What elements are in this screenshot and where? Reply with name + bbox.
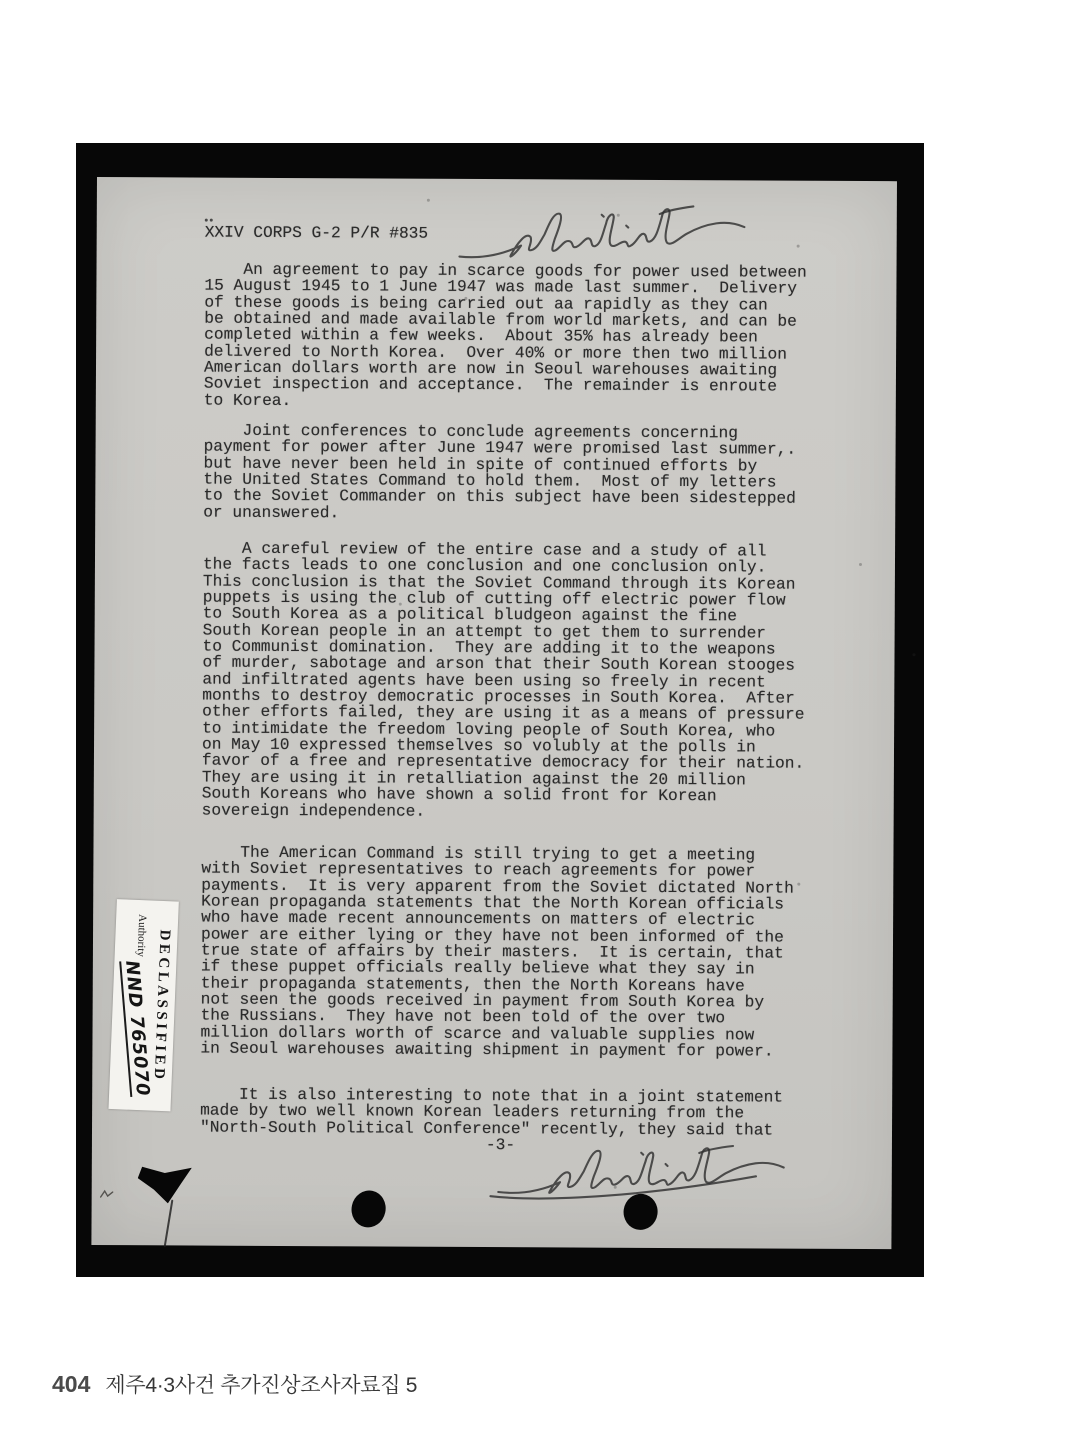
scan-speck	[310, 335, 313, 338]
scan-speck	[797, 883, 800, 886]
punch-hole-right	[621, 1192, 660, 1233]
paragraph: An agreement to pay in scarce goods for …	[204, 262, 807, 412]
book-footer: 404 제주4·3사건 추가진상조사자료집 5	[52, 1369, 417, 1399]
page-root: XXIV CORPS G-2 P/R #835 An agreement to …	[0, 0, 1080, 1439]
document-reference: XXIV CORPS G-2 P/R #835	[205, 225, 429, 243]
document-scan: XXIV CORPS G-2 P/R #835 An agreement to …	[76, 143, 924, 1277]
paragraph: It is also interesting to note that in a…	[200, 1087, 783, 1139]
scan-speck	[399, 603, 402, 606]
paragraph: Joint conferences to conclude agreements…	[203, 423, 796, 524]
pencil-mark	[100, 1189, 116, 1199]
scan-speck	[617, 214, 620, 217]
scan-speck	[427, 199, 430, 202]
scan-speck	[913, 653, 916, 656]
scan-speck	[348, 780, 351, 783]
book-title: 제주4·3사건 추가진상조사자료집 5	[105, 1369, 417, 1399]
scan-speck	[614, 1186, 617, 1189]
declassified-stamp-content: DECLASSIFIED Authority NND 765070	[108, 899, 178, 1111]
paper-tear-crack	[164, 1200, 174, 1248]
stamp-authority-label: Authority	[135, 914, 149, 957]
paper-sheet: XXIV CORPS G-2 P/R #835 An agreement to …	[91, 177, 897, 1249]
declassified-stamp: DECLASSIFIED Authority NND 765070	[108, 899, 178, 1111]
punch-hole-left	[348, 1187, 389, 1230]
scan-speck	[736, 1112, 739, 1115]
scan-speck	[464, 297, 467, 300]
scan-speck	[517, 951, 520, 954]
stamp-authority-number: NND 765070	[119, 959, 153, 1097]
paper-tear	[138, 1165, 192, 1203]
scan-artifact-dots	[205, 219, 208, 222]
scan-speck	[740, 388, 743, 391]
paragraph: The American Command is still trying to …	[200, 845, 794, 1061]
paragraph: A careful review of the entire case and …	[202, 541, 806, 822]
scan-speck	[797, 245, 800, 248]
scan-speck	[682, 700, 685, 703]
scan-speck	[859, 563, 862, 566]
page-number: -3-	[486, 1137, 515, 1153]
book-page-number: 404	[52, 1371, 90, 1398]
